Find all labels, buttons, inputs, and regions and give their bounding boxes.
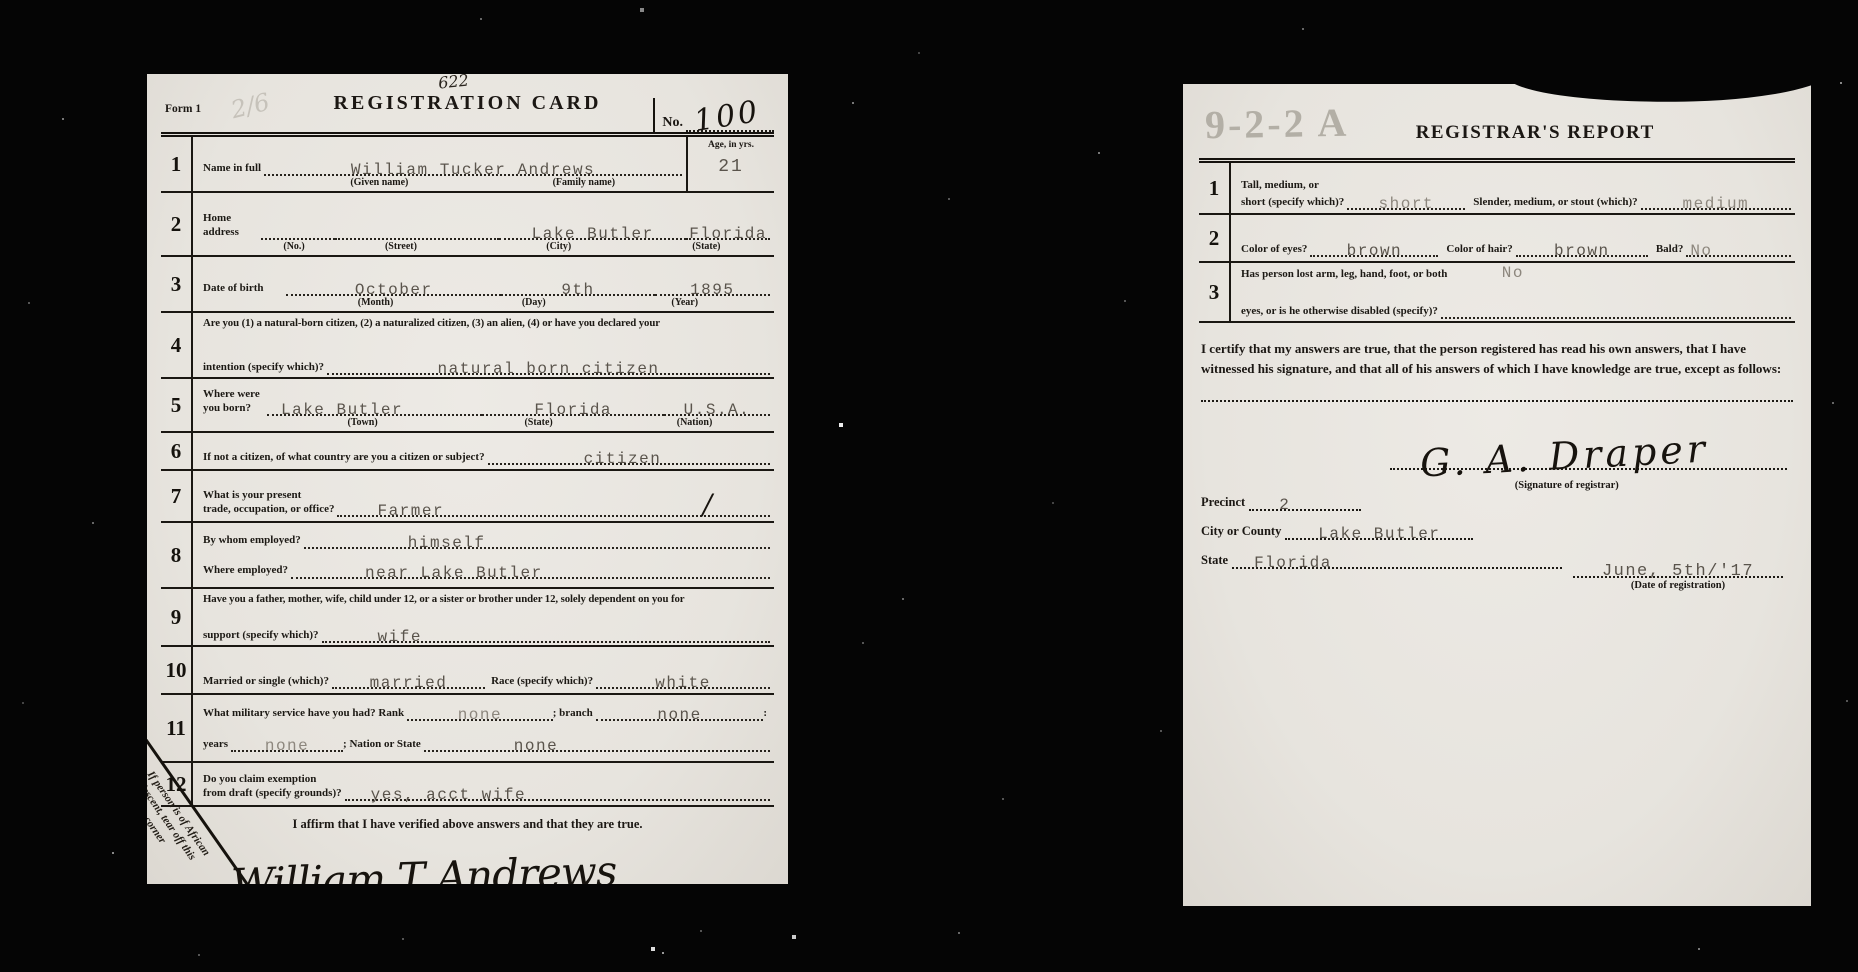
birth-nation-answer: U.S.A. [684,402,751,418]
hair-answer: brown [1554,243,1610,259]
question-number: 1 [161,137,193,191]
military-nation-answer: none [514,738,558,754]
question-number: 2 [1199,215,1231,261]
eyes-label: Color of eyes? [1241,243,1310,257]
foreign-citizen-label: If not a citizen, of what country are yo… [203,451,488,465]
city-county-value: Lake Butler [1318,526,1440,542]
race-line: white [596,672,770,689]
hair-label: Color of hair? [1438,243,1515,257]
question-row-exemption: 12 Do you claim exemption from draft (sp… [161,763,774,807]
precinct-value: 2 [1279,497,1290,513]
registrar-signature-sublabel: (Signature of registrar) [1515,480,1619,491]
birth-nation-line: U.S.A. [664,399,770,416]
city-county-label: City or County [1201,524,1285,540]
birth-year-line: 1895 [655,279,770,296]
name-label: Name in full [203,162,264,176]
question-number: 10 [161,647,193,693]
birth-town-line: Lake Butler [267,399,482,416]
precinct-field: Precinct 2 [1201,494,1793,511]
employment-place-line: near Lake Butler [291,562,770,579]
race-label: Race (specify which)? [485,675,596,689]
question-content: Date of birth October 9th 1895 (Month) (… [193,257,774,311]
report-row-build: 1 Tall, medium, or short (specify which)… [1199,163,1795,215]
registration-date-sublabel: (Date of registration) [1573,580,1783,591]
report-header: 9-2-2 A REGISTRAR'S REPORT [1199,96,1795,163]
question-content: Home address Lake Butler Florida (No.) (… [193,193,774,255]
report-title: REGISTRAR'S REPORT [1416,122,1655,144]
question-content: Are you (1) a natural-born citizen, (2) … [193,313,774,377]
build-label-2: short (specify which)? [1241,196,1347,210]
birthplace-label-2: you born? [203,402,267,416]
birth-day-answer: 9th [561,282,594,298]
question-row-birthdate: 3 Date of birth October 9th 1895 (Month) [161,257,774,313]
name-answer-line: William Tucker Andrews [264,159,682,176]
eyes-answer: brown [1347,243,1403,259]
marital-label: Married or single (which)? [203,675,332,689]
occupation-label-2: trade, occupation, or office? [203,503,337,517]
report-footer-fields: Precinct 2 City or County Lake Butler St… [1201,494,1793,569]
question-row-marital-race: 10 Married or single (which)? married Ra… [161,647,774,695]
build-line: medium [1641,193,1791,210]
state-line: Florida [1232,552,1562,569]
age-value: 21 [718,157,744,177]
foreign-citizen-line: citizen [488,448,770,465]
question-number: 9 [161,589,193,645]
military-branch-answer: none [657,707,701,723]
home-label-2: address [203,226,261,240]
question-row-occupation: 7 What is your present trade, occupation… [161,471,774,523]
military-nation-line: none [424,735,770,752]
question-number: 11 [161,695,193,761]
home-label-1: Home [203,212,261,226]
employer-answer: himself [408,535,486,551]
no-sublabel: (No.) [261,241,327,252]
question-row-name: 1 Name in full William Tucker Andrews (G… [161,137,774,193]
scanner-dust-specks [0,0,2,2]
citizenship-answer-line: natural born citizen [327,358,770,375]
question-number: 2 [161,193,193,255]
question-content: What is your present trade, occupation, … [193,471,774,521]
registration-date-line: June, 5th/'17 [1573,560,1783,578]
hair-line: brown [1516,240,1648,257]
question-row-dependents: 9 Have you a father, mother, wife, child… [161,589,774,647]
employer-label: By whom employed? [203,534,304,548]
question-content: By whom employed? himself Where employed… [193,523,774,587]
age-label: Age, in yrs. [708,140,754,150]
question-content: Color of eyes? brown Color of hair? brow… [1231,215,1795,261]
birth-month-answer: October [355,282,433,298]
registration-card: Form 1 2/6 622 REGISTRATION CARD No. 100… [147,74,788,884]
citizenship-answer: natural born citizen [437,361,659,377]
precinct-line: 2 [1249,494,1361,511]
precinct-label: Precinct [1201,495,1249,511]
stout-label: Slender, medium, or stout (which)? [1465,196,1640,210]
affirmation-text: I affirm that I have verified above answ… [147,817,788,832]
question-row-employer: 8 By whom employed? himself Where employ… [161,523,774,589]
state-label: State [1201,553,1232,569]
build-answer: medium [1683,196,1750,212]
question-number: 7 [161,471,193,521]
question-row-home-address: 2 Home address Lake Butler Florida [161,193,774,257]
registration-date-block: June, 5th/'17 (Date of registration) [1573,560,1783,591]
registration-date-value: June, 5th/'17 [1602,563,1754,580]
question-content: What military service have you had? Rank… [193,695,774,761]
foreign-citizen-answer: citizen [584,451,662,467]
registrar-signature-block: G. A. Draper (Signature of registrar) [1201,424,1793,482]
occupation-line: Farmer / [337,500,770,517]
birth-state-answer: Florida [534,402,612,418]
occupation-answer: Farmer [377,503,444,519]
address-state-line: Florida [686,223,770,240]
question-number: 1 [1199,163,1231,213]
employment-place-label: Where employed? [203,564,291,578]
bald-line: No [1686,240,1791,257]
question-content: If not a citizen, of what country are yo… [193,433,774,469]
card-number-box: No. 100 [653,98,774,132]
military-colon: : [763,707,770,721]
stamp-number: 9-2-2 A [1205,99,1350,149]
registration-card-header: Form 1 2/6 622 REGISTRATION CARD No. 100 [161,80,774,137]
birth-town-answer: Lake Butler [281,402,403,418]
question-row-military: 11 What military service have you had? R… [161,695,774,763]
address-state-answer: Florida [689,226,767,242]
bald-answer: No [1690,243,1712,259]
marital-answer: married [370,675,448,691]
birth-state-line: Florida [482,399,663,416]
card-number-line: 100 [686,120,774,132]
question-row-citizenship: 4 Are you (1) a natural-born citizen, (2… [161,313,774,379]
report-row-features: 2 Color of eyes? brown Color of hair? br… [1199,215,1795,263]
state-value: Florida [1254,555,1332,571]
address-city-answer: Lake Butler [532,226,654,242]
registrant-signature: William T Andrews [230,846,617,884]
name-answer: William Tucker Andrews [351,162,595,178]
question-content: Has person lost arm, leg, hand, foot, or… [1231,263,1795,321]
scanned-document-page: Form 1 2/6 622 REGISTRATION CARD No. 100… [0,0,1858,972]
address-street-line [335,223,499,240]
eyes-line: brown [1310,240,1438,257]
employment-place-answer: near Lake Butler [365,565,543,581]
question-row-birthplace: 5 Where were you born? Lake Butler Flori… [161,379,774,433]
birth-day-line: 9th [501,279,654,296]
military-years-line: none [231,735,343,752]
city-county-field: City or County Lake Butler [1201,523,1793,540]
marital-line: married [332,672,485,689]
card-number-label: No. [662,115,683,132]
year-sublabel: (Year) [600,297,770,308]
build-label-1: Tall, medium, or [1241,179,1791,193]
address-no-line [261,223,335,240]
birth-month-line: October [286,279,501,296]
race-answer: white [655,675,711,691]
question-number: 4 [161,313,193,377]
city-county-line: Lake Butler [1285,523,1473,540]
military-years-answer: none [265,738,309,754]
exemption-line: yes, acct wife [345,784,770,801]
height-line: short [1347,193,1465,210]
disability-line [1441,302,1791,319]
employer-line: himself [304,532,770,549]
question-content: Have you a father, mother, wife, child u… [193,589,774,645]
address-city-line: Lake Butler [499,223,686,240]
question-content: Where were you born? Lake Butler Florida… [193,379,774,431]
occupation-label-1: What is your present [203,489,337,503]
question-number: 5 [161,379,193,431]
military-rank-label: What military service have you had? Rank [203,707,407,721]
certification-text: I certify that my answers are true, that… [1201,339,1793,378]
military-nation-label: ; Nation or State [343,738,424,752]
question-number: 8 [161,523,193,587]
citizenship-question: Are you (1) a natural-born citizen, (2) … [203,317,770,330]
exemption-label-2: from draft (specify grounds)? [203,787,345,801]
report-row-disability: 3 Has person lost arm, leg, hand, foot, … [1199,263,1795,323]
military-rank-line: none [407,704,553,721]
signature-line: William T Andrews [237,834,699,884]
blank-dotted-line [1201,400,1793,402]
street-sublabel: (Street) [327,241,475,252]
military-rank-answer: none [458,707,502,723]
occupation-check-mark: / [703,488,712,521]
disability-label-2: eyes, or is he otherwise disabled (speci… [1241,305,1441,319]
bald-label: Bald? [1648,243,1687,257]
birthplace-label-1: Where were [203,388,267,402]
dependents-line: wife [322,626,770,643]
question-content: Married or single (which)? married Race … [193,647,774,693]
dependents-question: Have you a father, mother, wife, child u… [203,593,770,606]
exemption-answer: yes, acct wife [371,787,526,803]
question-number: 6 [161,433,193,469]
question-number: 3 [161,257,193,311]
birthdate-label: Date of birth [203,282,286,296]
question-number: 3 [1199,263,1231,321]
question-content: Tall, medium, or short (specify which)? … [1231,163,1795,213]
birth-year-answer: 1895 [690,282,734,298]
question-row-foreign-citizen: 6 If not a citizen, of what country are … [161,433,774,471]
height-answer: short [1379,196,1435,212]
military-branch-label: ; branch [553,707,596,721]
intention-label: intention (specify which)? [203,361,327,375]
military-years-label: years [203,738,231,752]
age-box: Age, in yrs. 21 [686,137,774,191]
military-branch-line: none [596,704,764,721]
exemption-label-1: Do you claim exemption [203,773,345,787]
support-label: support (specify which)? [203,629,322,643]
card-number-value: 100 [692,94,763,139]
registrars-report-card: 9-2-2 A REGISTRAR'S REPORT 1 Tall, mediu… [1183,84,1811,906]
question-content: Do you claim exemption from draft (speci… [193,763,774,805]
dependents-answer: wife [378,629,422,645]
registrar-signature: G. A. Draper [1419,426,1710,485]
question-content: Name in full William Tucker Andrews (Giv… [193,137,686,191]
